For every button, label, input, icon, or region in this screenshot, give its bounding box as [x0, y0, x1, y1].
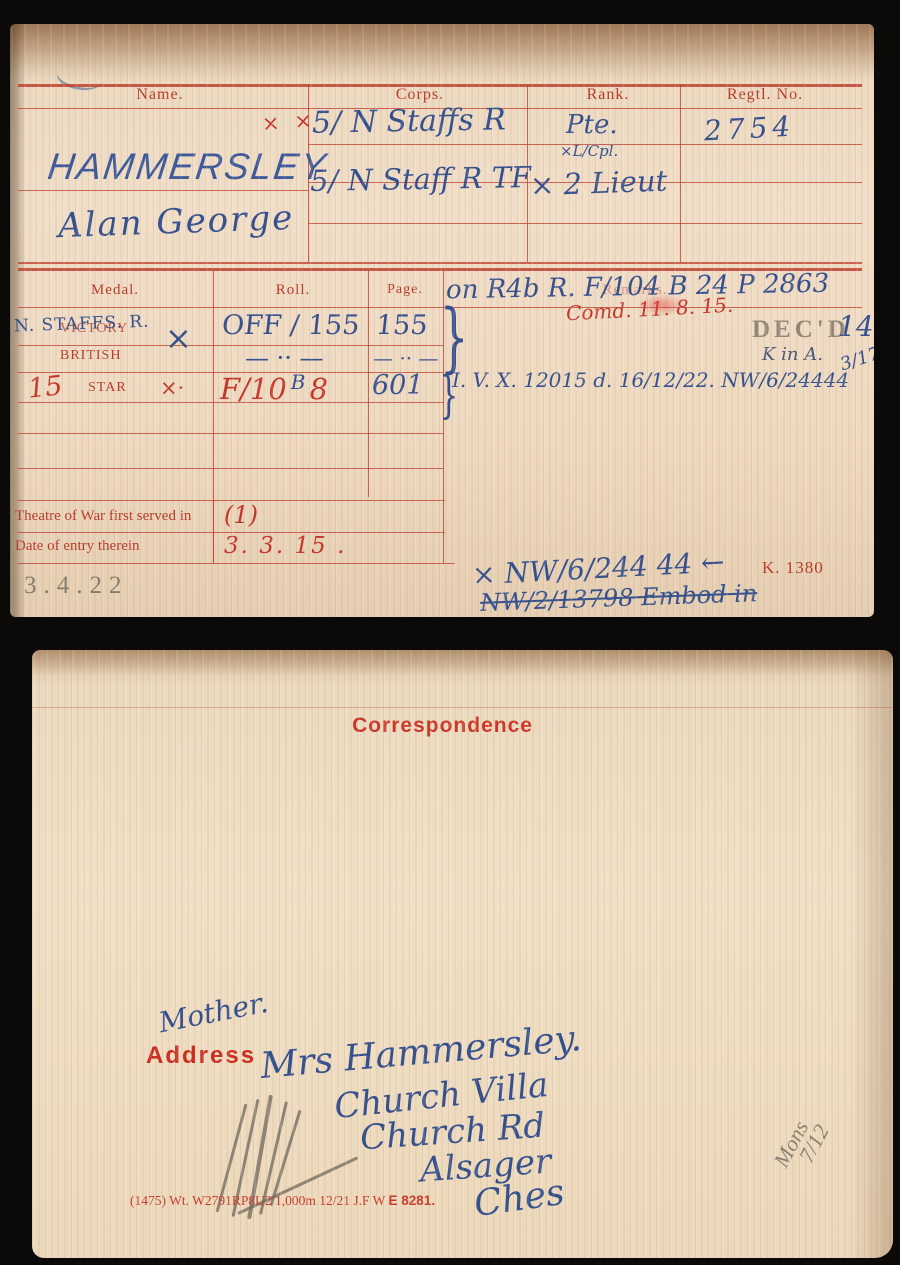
killed-in-action-note: K in A.: [762, 344, 823, 365]
date-of-entry-label: Date of entry therein: [15, 538, 140, 555]
rank-entry-1: Pte.: [566, 110, 618, 140]
date-fraction: 143/17: [838, 310, 874, 364]
british-roll-ditto: — ·· —: [245, 344, 324, 372]
printer-reference-text: (1475) Wt. W2791RP8U2 1,000m 12/21 J.F W: [130, 1193, 389, 1208]
stain-top: [32, 650, 893, 676]
victory-overwrite-note: N. STAFFS. R.: [14, 312, 150, 337]
star-page-value: 601: [372, 370, 424, 401]
rank-entry-2: × 2 Lieut: [529, 164, 667, 203]
star-roll-b: B: [291, 370, 306, 394]
column-header-rank: Rank.: [538, 86, 678, 104]
victory-roll-value: OFF / 155: [220, 310, 361, 341]
star-prefix-15: 15: [26, 370, 63, 404]
card-right-shadow: [851, 650, 893, 1258]
faint-rule: [32, 707, 893, 708]
regimental-number-entry: 2754: [703, 110, 796, 148]
surname-handwritten: HAMMERSLEY: [45, 146, 329, 188]
star-roll-8: 8: [310, 372, 328, 406]
forenames-handwritten: Alan George: [57, 198, 295, 246]
date-fraction-whole: 14: [838, 310, 874, 343]
theatre-of-war-label: Theatre of War first served in: [15, 508, 191, 525]
column-header-regtl-no: Regtl. No.: [685, 86, 845, 104]
corps-entry-2: 5/ N Staff R TF: [310, 160, 532, 198]
star-check-mark: ×·: [160, 376, 184, 400]
victory-page-value: 155: [374, 310, 429, 341]
medal-index-card-front: Name. Corps. Rank. Regtl. No. × × HAMMER…: [10, 24, 874, 617]
medal-label-star: STAR: [88, 380, 127, 396]
date-of-entry-value: 3. 3. 15 .: [224, 533, 346, 559]
medal-table-header-medal: Medal.: [40, 282, 190, 299]
red-smudge: [638, 294, 686, 316]
rank-entry-1-note: ×L/Cpl.: [560, 142, 618, 160]
grid-line: [680, 84, 681, 262]
name-check-marks: × ×: [261, 108, 316, 136]
printer-reference-code: E 8281.: [389, 1193, 436, 1208]
grid-line: [213, 500, 214, 563]
column-header-name: Name.: [65, 86, 255, 104]
medal-table-header-roll: Roll.: [223, 282, 363, 299]
victory-check-mark: ×: [165, 319, 192, 357]
star-roll-f: F/10: [220, 372, 287, 406]
star-roll-value: F/10 B 8: [220, 370, 328, 406]
grid-line: [18, 433, 443, 434]
k-reference: K. 1380: [762, 558, 824, 578]
grid-line: [368, 270, 369, 497]
bleed-through-mark: [439, 464, 448, 494]
stain-top: [10, 24, 874, 82]
grid-line: [18, 190, 308, 191]
grid-line: [18, 262, 862, 264]
medal-table-header-page: Page.: [360, 282, 450, 298]
grid-line: [18, 563, 455, 564]
medal-index-card-back: Correspondence Mother. Address Mrs Hamme…: [32, 650, 893, 1258]
medal-label-british: BRITISH: [60, 348, 121, 364]
theatre-of-war-value: (1): [224, 501, 258, 529]
deceased-stamp: DEC'D: [752, 316, 850, 344]
grid-line: [18, 468, 443, 469]
corps-entry-1: 5/ N Staffs R: [312, 102, 506, 140]
british-page-ditto: — ·· —: [373, 346, 438, 370]
correspondence-title: Correspondence: [32, 714, 853, 738]
address-label: Address: [146, 1042, 256, 1070]
column-header-corps: Corps.: [340, 86, 500, 104]
printer-reference-line: (1475) Wt. W2791RP8U2 1,000m 12/21 J.F W…: [130, 1193, 435, 1209]
index-reference-note: I. V. X. 12015 d. 16/12/22. NW/6/24444: [452, 368, 849, 392]
relation-note-mother: Mother.: [156, 986, 271, 1039]
scanned-medal-card-page: { "colors": { "red_print": "#b93a2b", "b…: [0, 0, 900, 1265]
date-stamp-3-4-22: 3.4.22: [24, 572, 129, 600]
grid-line: [308, 223, 862, 224]
pencil-note-mons: Mons 7/12: [771, 1112, 832, 1179]
